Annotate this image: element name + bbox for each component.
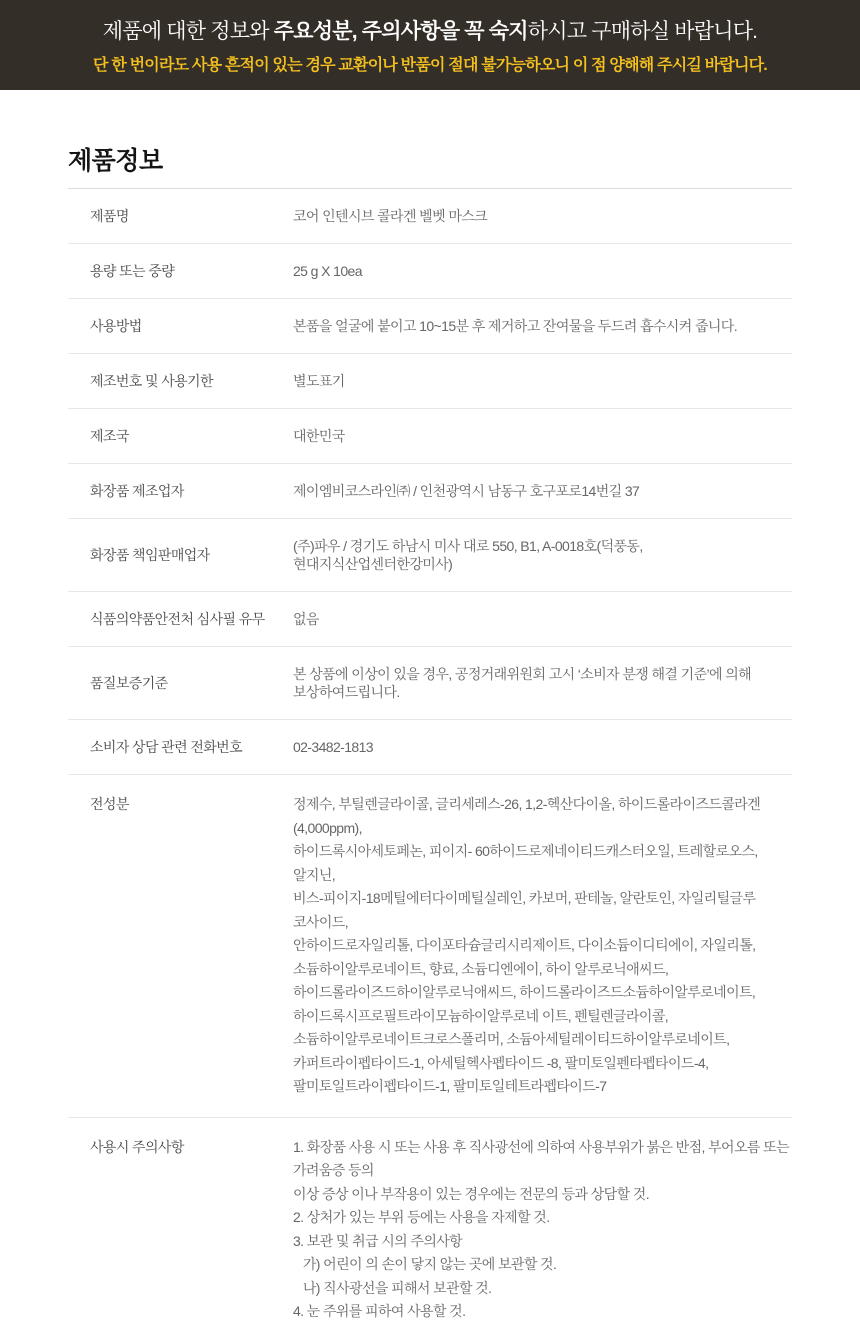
- row-label: 사용시 주의사항: [68, 1136, 293, 1160]
- content-area: 제품정보 제품명 코어 인텐시브 콜라겐 벨벳 마스크 용량 또는 중량 25 …: [0, 146, 860, 1342]
- row-label: 용량 또는 중량: [68, 262, 293, 280]
- row-value: 1. 화장품 사용 시 또는 사용 후 직사광선에 의하여 사용부위가 붉은 반…: [293, 1136, 792, 1324]
- table-row-cautions: 사용시 주의사항 1. 화장품 사용 시 또는 사용 후 직사광선에 의하여 사…: [68, 1118, 792, 1342]
- notice-line-primary: 제품에 대한 정보와 주요성분, 주의사항을 꼭 숙지하시고 구매하실 바랍니다…: [103, 15, 757, 45]
- row-value: 25 g X 10ea: [293, 262, 792, 280]
- row-value: 02-3482-1813: [293, 738, 792, 756]
- table-row-warranty: 품질보증기준 본 상품에 이상이 있을 경우, 공정거래위원회 고시 ‘소비자 …: [68, 647, 792, 720]
- row-label: 품질보증기준: [68, 674, 293, 692]
- row-label: 사용방법: [68, 317, 293, 335]
- row-value: 정제수, 부틸렌글라이콜, 글리세레스-26, 1,2-헥산다이올, 하이드롤라…: [293, 793, 792, 1099]
- row-value: 대한민국: [293, 427, 792, 445]
- product-info-page: 제품에 대한 정보와 주요성분, 주의사항을 꼭 숙지하시고 구매하실 바랍니다…: [0, 0, 860, 1342]
- table-row-manufacturer: 화장품 제조업자 제이엠비코스라인㈜ / 인천광역시 남동구 호구포로14번길 …: [68, 464, 792, 519]
- row-label: 화장품 제조업자: [68, 482, 293, 500]
- table-row-product-name: 제품명 코어 인텐시브 콜라겐 벨벳 마스크: [68, 189, 792, 244]
- purchase-notice-banner: 제품에 대한 정보와 주요성분, 주의사항을 꼭 숙지하시고 구매하실 바랍니다…: [0, 0, 860, 90]
- table-row-usage: 사용방법 본품을 얼굴에 붙이고 10~15분 후 제거하고 잔여물을 두드려 …: [68, 299, 792, 354]
- row-label: 전성분: [68, 793, 293, 817]
- row-label: 식품의약품안전처 심사필 유무: [68, 610, 293, 628]
- row-value: (주)파우 / 경기도 하남시 미사 대로 550, B1, A-0018호(덕…: [293, 537, 792, 573]
- notice-line1-pre: 제품에 대한 정보와: [103, 20, 274, 43]
- table-row-country: 제조국 대한민국: [68, 409, 792, 464]
- table-row-phone: 소비자 상담 관련 전화번호 02-3482-1813: [68, 720, 792, 775]
- table-row-lot-expiry: 제조번호 및 사용기한 별도표기: [68, 354, 792, 409]
- table-row-distributor: 화장품 책임판매업자 (주)파우 / 경기도 하남시 미사 대로 550, B1…: [68, 519, 792, 592]
- row-value: 본 상품에 이상이 있을 경우, 공정거래위원회 고시 ‘소비자 분쟁 해결 기…: [293, 665, 792, 701]
- row-value: 별도표기: [293, 372, 792, 390]
- row-value: 제이엠비코스라인㈜ / 인천광역시 남동구 호구포로14번길 37: [293, 482, 792, 500]
- product-info-table: 제품명 코어 인텐시브 콜라겐 벨벳 마스크 용량 또는 중량 25 g X 1…: [68, 189, 792, 1342]
- notice-line1-emphasis: 주요성분, 주의사항을 꼭 숙지: [274, 20, 528, 43]
- notice-line1-post: 하시고 구매하실 바랍니다.: [528, 20, 757, 43]
- table-row-volume: 용량 또는 중량 25 g X 10ea: [68, 244, 792, 299]
- row-value: 본품을 얼굴에 붙이고 10~15분 후 제거하고 잔여물을 두드려 흡수시켜 …: [293, 317, 792, 335]
- notice-line-secondary: 단 한 번이라도 사용 흔적이 있는 경우 교환이나 반품이 절대 불가능하오니…: [93, 52, 767, 75]
- row-label: 제조번호 및 사용기한: [68, 372, 293, 390]
- row-label: 제조국: [68, 427, 293, 445]
- page-title: 제품정보: [68, 146, 792, 189]
- table-row-ingredients: 전성분 정제수, 부틸렌글라이콜, 글리세레스-26, 1,2-헥산다이올, 하…: [68, 775, 792, 1118]
- table-row-mfds-review: 식품의약품안전처 심사필 유무 없음: [68, 592, 792, 647]
- row-label: 화장품 책임판매업자: [68, 546, 293, 564]
- row-label: 소비자 상담 관련 전화번호: [68, 738, 293, 756]
- row-label: 제품명: [68, 207, 293, 225]
- row-value: 없음: [293, 610, 792, 628]
- row-value: 코어 인텐시브 콜라겐 벨벳 마스크: [293, 207, 792, 225]
